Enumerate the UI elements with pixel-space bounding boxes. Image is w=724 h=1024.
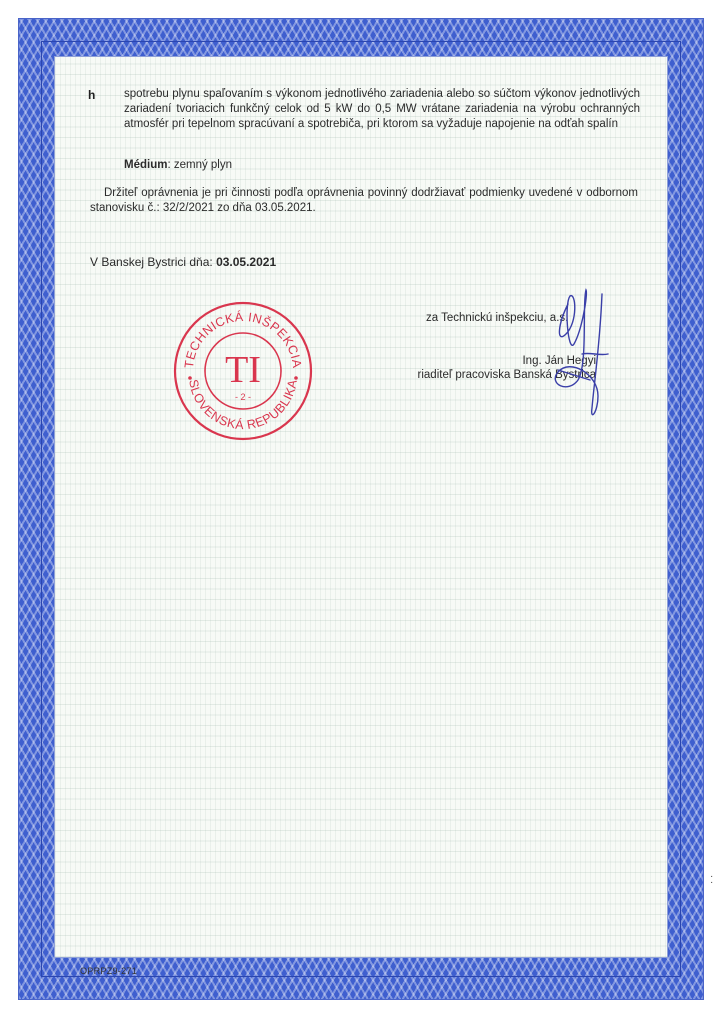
stamp-center-text: TI (225, 349, 261, 391)
medium-value: : zemný plyn (167, 159, 232, 171)
item-letter: h (88, 88, 95, 102)
issue-date: 03.05.2021 (216, 255, 276, 269)
form-code: OPRPZ9-271 (80, 964, 137, 979)
place-date: V Banskej Bystrici dňa: 03.05.2021 (90, 255, 276, 270)
scan-dots: ·· (710, 874, 713, 886)
medium-label: Médium (124, 159, 167, 171)
item-description: spotrebu plynu spaľovaním s výkonom jedn… (124, 87, 640, 132)
medium-line: Médium: zemný plyn (124, 158, 232, 173)
handwritten-signature-icon (528, 284, 614, 424)
stamp-number: - 2 - (235, 392, 251, 402)
official-stamp-icon: TECHNICKÁ INŠPEKCIA SLOVENSKÁ REPUBLIKA … (172, 300, 314, 442)
holder-statement: Držiteľ oprávnenia je pri činnosti podľa… (90, 186, 638, 216)
place-label: V Banskej Bystrici dňa: (90, 255, 216, 269)
